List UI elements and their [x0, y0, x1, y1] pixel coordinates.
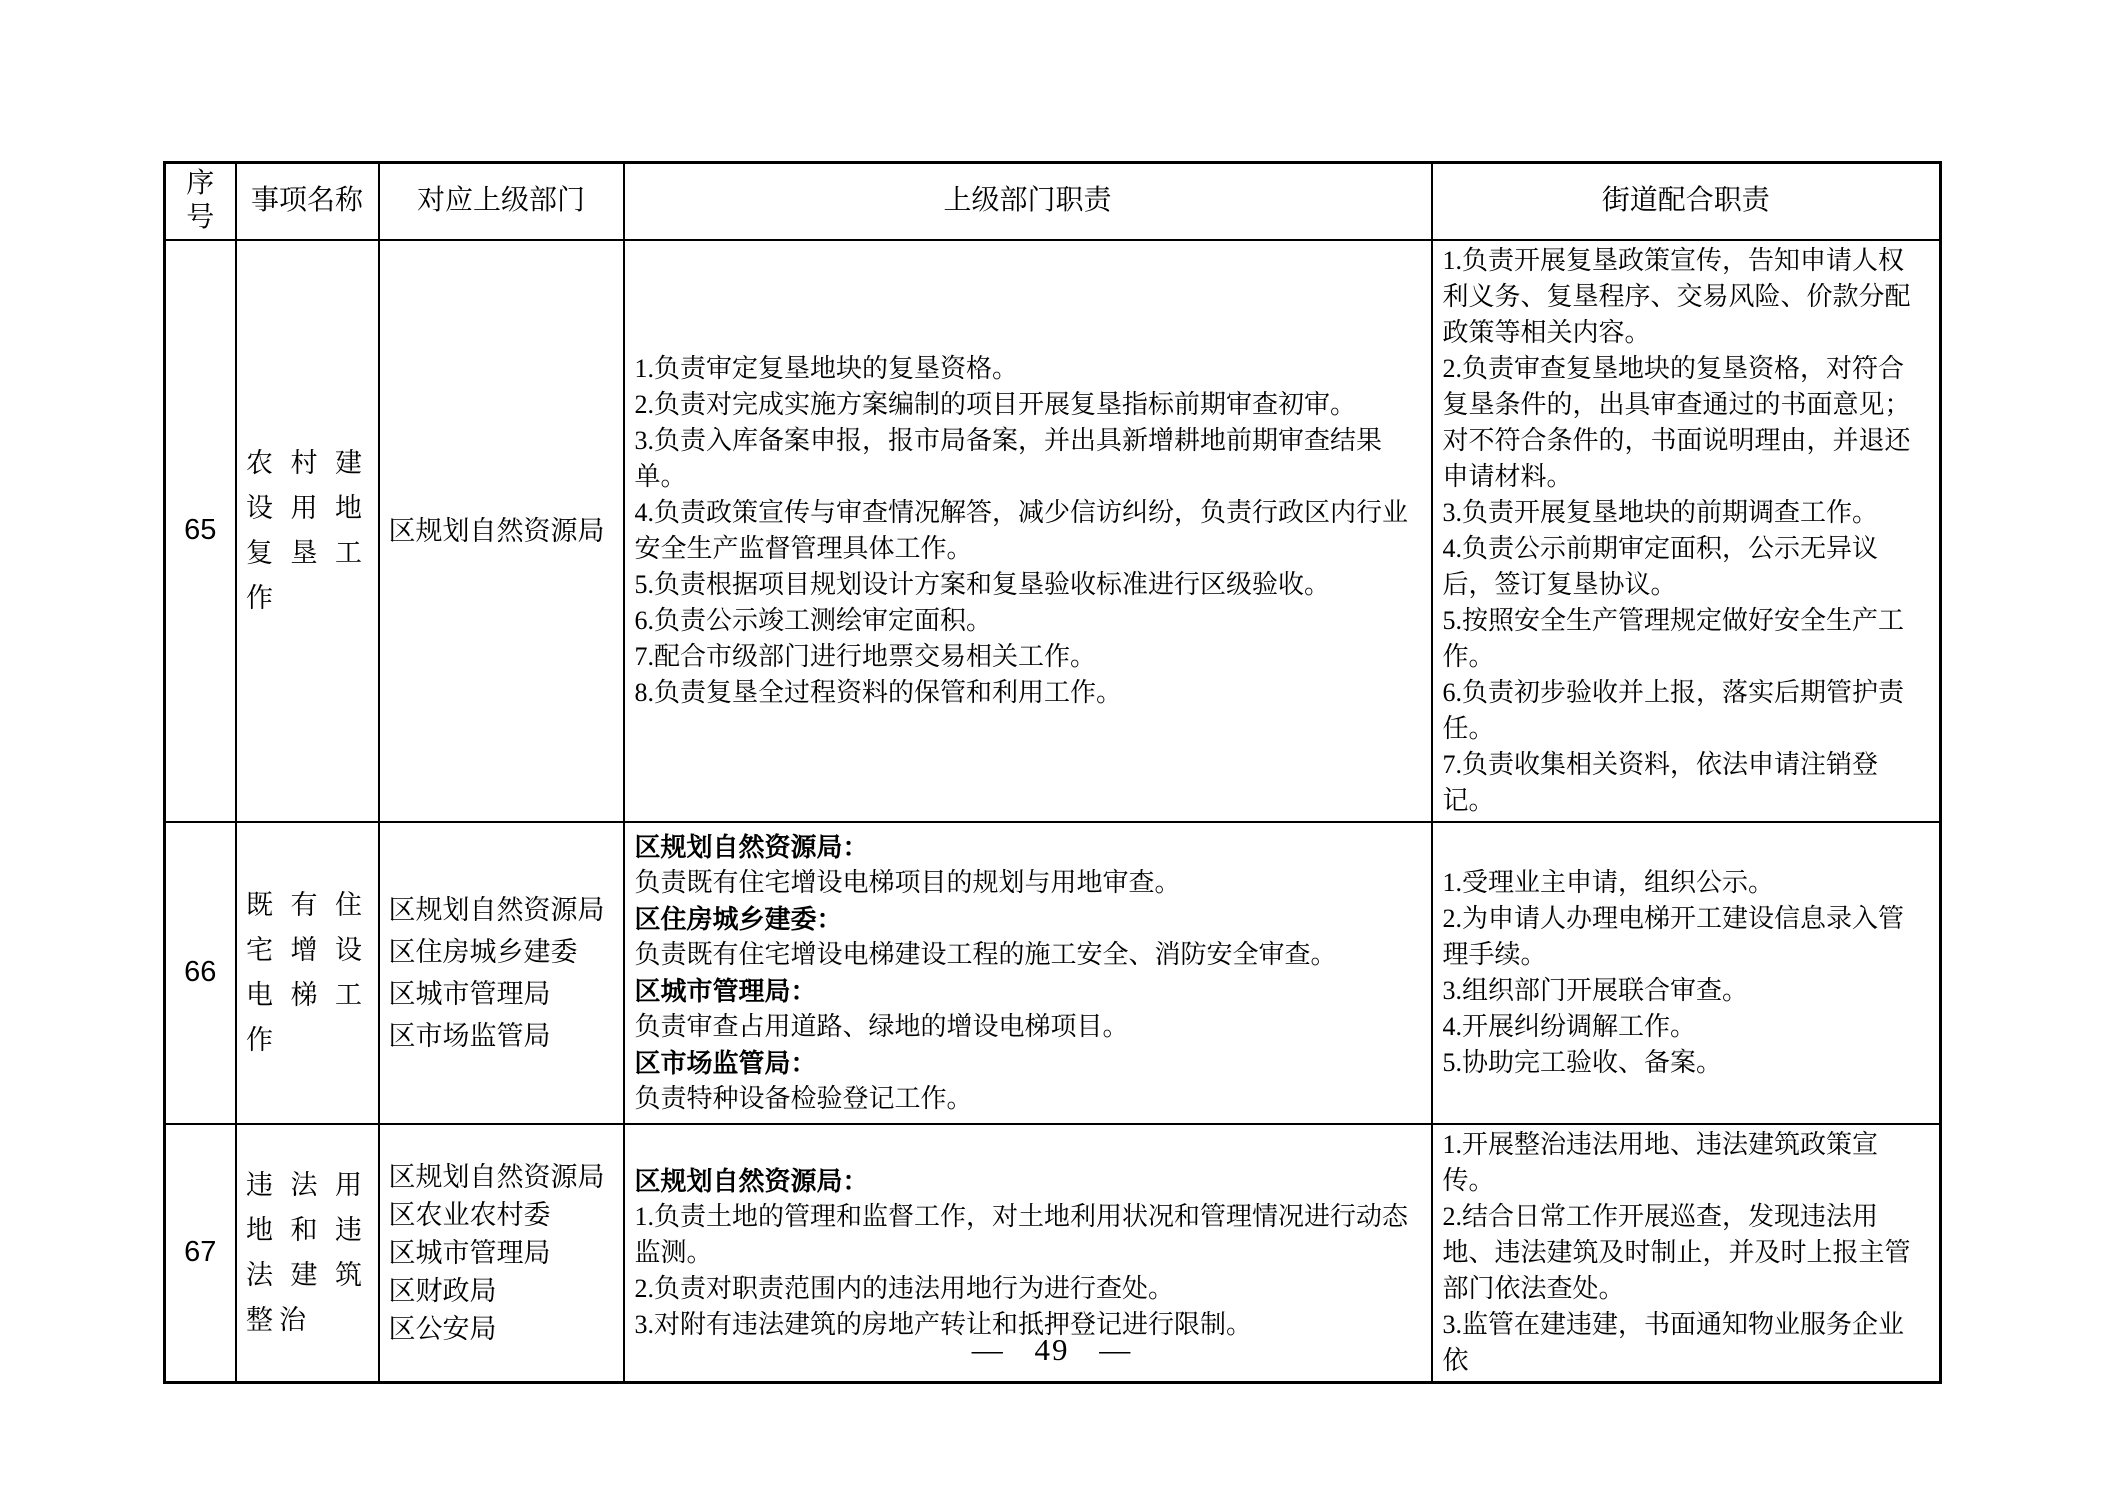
duty-line: 7.配合市级部门进行地票交易相关工作。 [635, 639, 1421, 675]
duty-line: 2.负责审查复垦地块的复垦资格，对符合复垦条件的，出具审查通过的书面意见；对不符… [1443, 351, 1930, 495]
column-header: 上级部门职责 [624, 163, 1432, 240]
duty-line: 负责特种设备检验登记工作。 [635, 1081, 1421, 1117]
table-header-row: 序号事项名称对应上级部门上级部门职责街道配合职责 [165, 163, 1941, 240]
duty-line: 3.负责开展复垦地块的前期调查工作。 [1443, 495, 1930, 531]
duty-line: 3.组织部门开展联合审查。 [1443, 973, 1930, 1009]
duty-line: 3.负责入库备案申报，报市局备案，并出具新增耕地前期审查结果单。 [635, 423, 1421, 495]
duty-line: 1.负责开展复垦政策宣传，告知申请人权利义务、复垦程序、交易风险、价款分配政策等… [1443, 243, 1930, 351]
duty-line: 5.协助完工验收、备案。 [1443, 1045, 1930, 1081]
department-line: 区农业农村委 [389, 1196, 614, 1234]
department-line: 区规划自然资源局 [389, 1158, 614, 1196]
duty-org-heading: 区规划自然资源局： [635, 829, 1421, 865]
duty-org-heading: 区市场监管局： [635, 1045, 1421, 1081]
item-name-text: 违法用地和违法建筑整治 [246, 1163, 368, 1343]
duty-line: 负责既有住宅增设电梯项目的规划与用地审查。 [635, 865, 1421, 901]
column-header-label: 序号 [185, 167, 215, 235]
cell-superior-duties: 区规划自然资源局：负责既有住宅增设电梯项目的规划与用地审查。区住房城乡建委：负责… [624, 822, 1432, 1124]
duty-line: 5.按照安全生产管理规定做好安全生产工作。 [1443, 603, 1930, 675]
duties-table: 序号事项名称对应上级部门上级部门职责街道配合职责 65农村建设用地复垦工作区规划… [163, 161, 1942, 1384]
duty-line: 负责审查占用道路、绿地的增设电梯项目。 [635, 1009, 1421, 1045]
duty-line: 2.为申请人办理电梯开工建设信息录入管理手续。 [1443, 901, 1930, 973]
cell-departments: 区规划自然资源局 [379, 240, 624, 822]
column-header: 事项名称 [236, 163, 379, 240]
cell-item-name: 农村建设用地复垦工作 [236, 240, 379, 822]
duty-line: 1.受理业主申请，组织公示。 [1443, 865, 1930, 901]
duty-line: 1.负责土地的管理和监督工作，对土地利用状况和管理情况进行动态监测。 [635, 1199, 1421, 1271]
duty-org-heading: 区城市管理局： [635, 973, 1421, 1009]
cell-departments: 区规划自然资源局区住房城乡建委区城市管理局区市场监管局 [379, 822, 624, 1124]
table-row: 66既有住宅增设电梯工作区规划自然资源局区住房城乡建委区城市管理局区市场监管局区… [165, 822, 1941, 1124]
item-name-text: 既有住宅增设电梯工作 [246, 883, 368, 1063]
duty-line: 6.负责公示竣工测绘审定面积。 [635, 603, 1421, 639]
duty-line: 2.负责对完成实施方案编制的项目开展复垦指标前期审查初审。 [635, 387, 1421, 423]
cell-serial-number: 65 [165, 240, 236, 822]
duty-line: 1.开展整治违法用地、违法建筑政策宣传。 [1443, 1127, 1930, 1199]
department-line: 区市场监管局 [389, 1015, 614, 1057]
page-number: — 49 — [0, 1332, 2104, 1368]
cell-serial-number: 66 [165, 822, 236, 1124]
column-header-label: 街道配合职责 [1602, 184, 1770, 218]
duty-line: 2.结合日常工作开展巡查，发现违法用地、违法建筑及时制止，并及时上报主管部门依法… [1443, 1199, 1930, 1307]
department-line: 区规划自然资源局 [389, 510, 614, 552]
department-line: 区住房城乡建委 [389, 931, 614, 973]
department-line: 区城市管理局 [389, 973, 614, 1015]
table-row: 65农村建设用地复垦工作区规划自然资源局1.负责审定复垦地块的复垦资格。2.负责… [165, 240, 1941, 822]
duty-line: 4.开展纠纷调解工作。 [1443, 1009, 1930, 1045]
duty-line: 负责既有住宅增设电梯建设工程的施工安全、消防安全审查。 [635, 937, 1421, 973]
column-header-label: 上级部门职责 [943, 184, 1111, 218]
duty-line: 4.负责公示前期审定面积，公示无异议后，签订复垦协议。 [1443, 531, 1930, 603]
cell-superior-duties: 1.负责审定复垦地块的复垦资格。2.负责对完成实施方案编制的项目开展复垦指标前期… [624, 240, 1432, 822]
duty-line: 1.负责审定复垦地块的复垦资格。 [635, 351, 1421, 387]
column-header-label: 对应上级部门 [417, 184, 585, 218]
duty-line: 5.负责根据项目规划设计方案和复垦验收标准进行区级验收。 [635, 567, 1421, 603]
department-line: 区城市管理局 [389, 1234, 614, 1272]
item-name-text: 农村建设用地复垦工作 [246, 441, 368, 621]
duty-org-heading: 区住房城乡建委： [635, 901, 1421, 937]
duty-line: 2.负责对职责范围内的违法用地行为进行查处。 [635, 1271, 1421, 1307]
table-body: 65农村建设用地复垦工作区规划自然资源局1.负责审定复垦地块的复垦资格。2.负责… [165, 240, 1941, 1383]
column-header-label: 事项名称 [251, 184, 363, 218]
duty-line: 4.负责政策宣传与审查情况解答，减少信访纠纷，负责行政区内行业安全生产监督管理具… [635, 495, 1421, 567]
cell-item-name: 既有住宅增设电梯工作 [236, 822, 379, 1124]
document-page: 序号事项名称对应上级部门上级部门职责街道配合职责 65农村建设用地复垦工作区规划… [0, 0, 2104, 1488]
duty-line: 6.负责初步验收并上报，落实后期管护责任。 [1443, 675, 1930, 747]
cell-street-duties: 1.受理业主申请，组织公示。2.为申请人办理电梯开工建设信息录入管理手续。3.组… [1432, 822, 1941, 1124]
column-header: 序号 [165, 163, 236, 240]
department-line: 区规划自然资源局 [389, 889, 614, 931]
column-header: 街道配合职责 [1432, 163, 1941, 240]
duty-line: 8.负责复垦全过程资料的保管和利用工作。 [635, 675, 1421, 711]
column-header: 对应上级部门 [379, 163, 624, 240]
duty-org-heading: 区规划自然资源局： [635, 1163, 1421, 1199]
cell-street-duties: 1.负责开展复垦政策宣传，告知申请人权利义务、复垦程序、交易风险、价款分配政策等… [1432, 240, 1941, 822]
duty-line: 7.负责收集相关资料，依法申请注销登记。 [1443, 747, 1930, 819]
department-line: 区财政局 [389, 1272, 614, 1310]
